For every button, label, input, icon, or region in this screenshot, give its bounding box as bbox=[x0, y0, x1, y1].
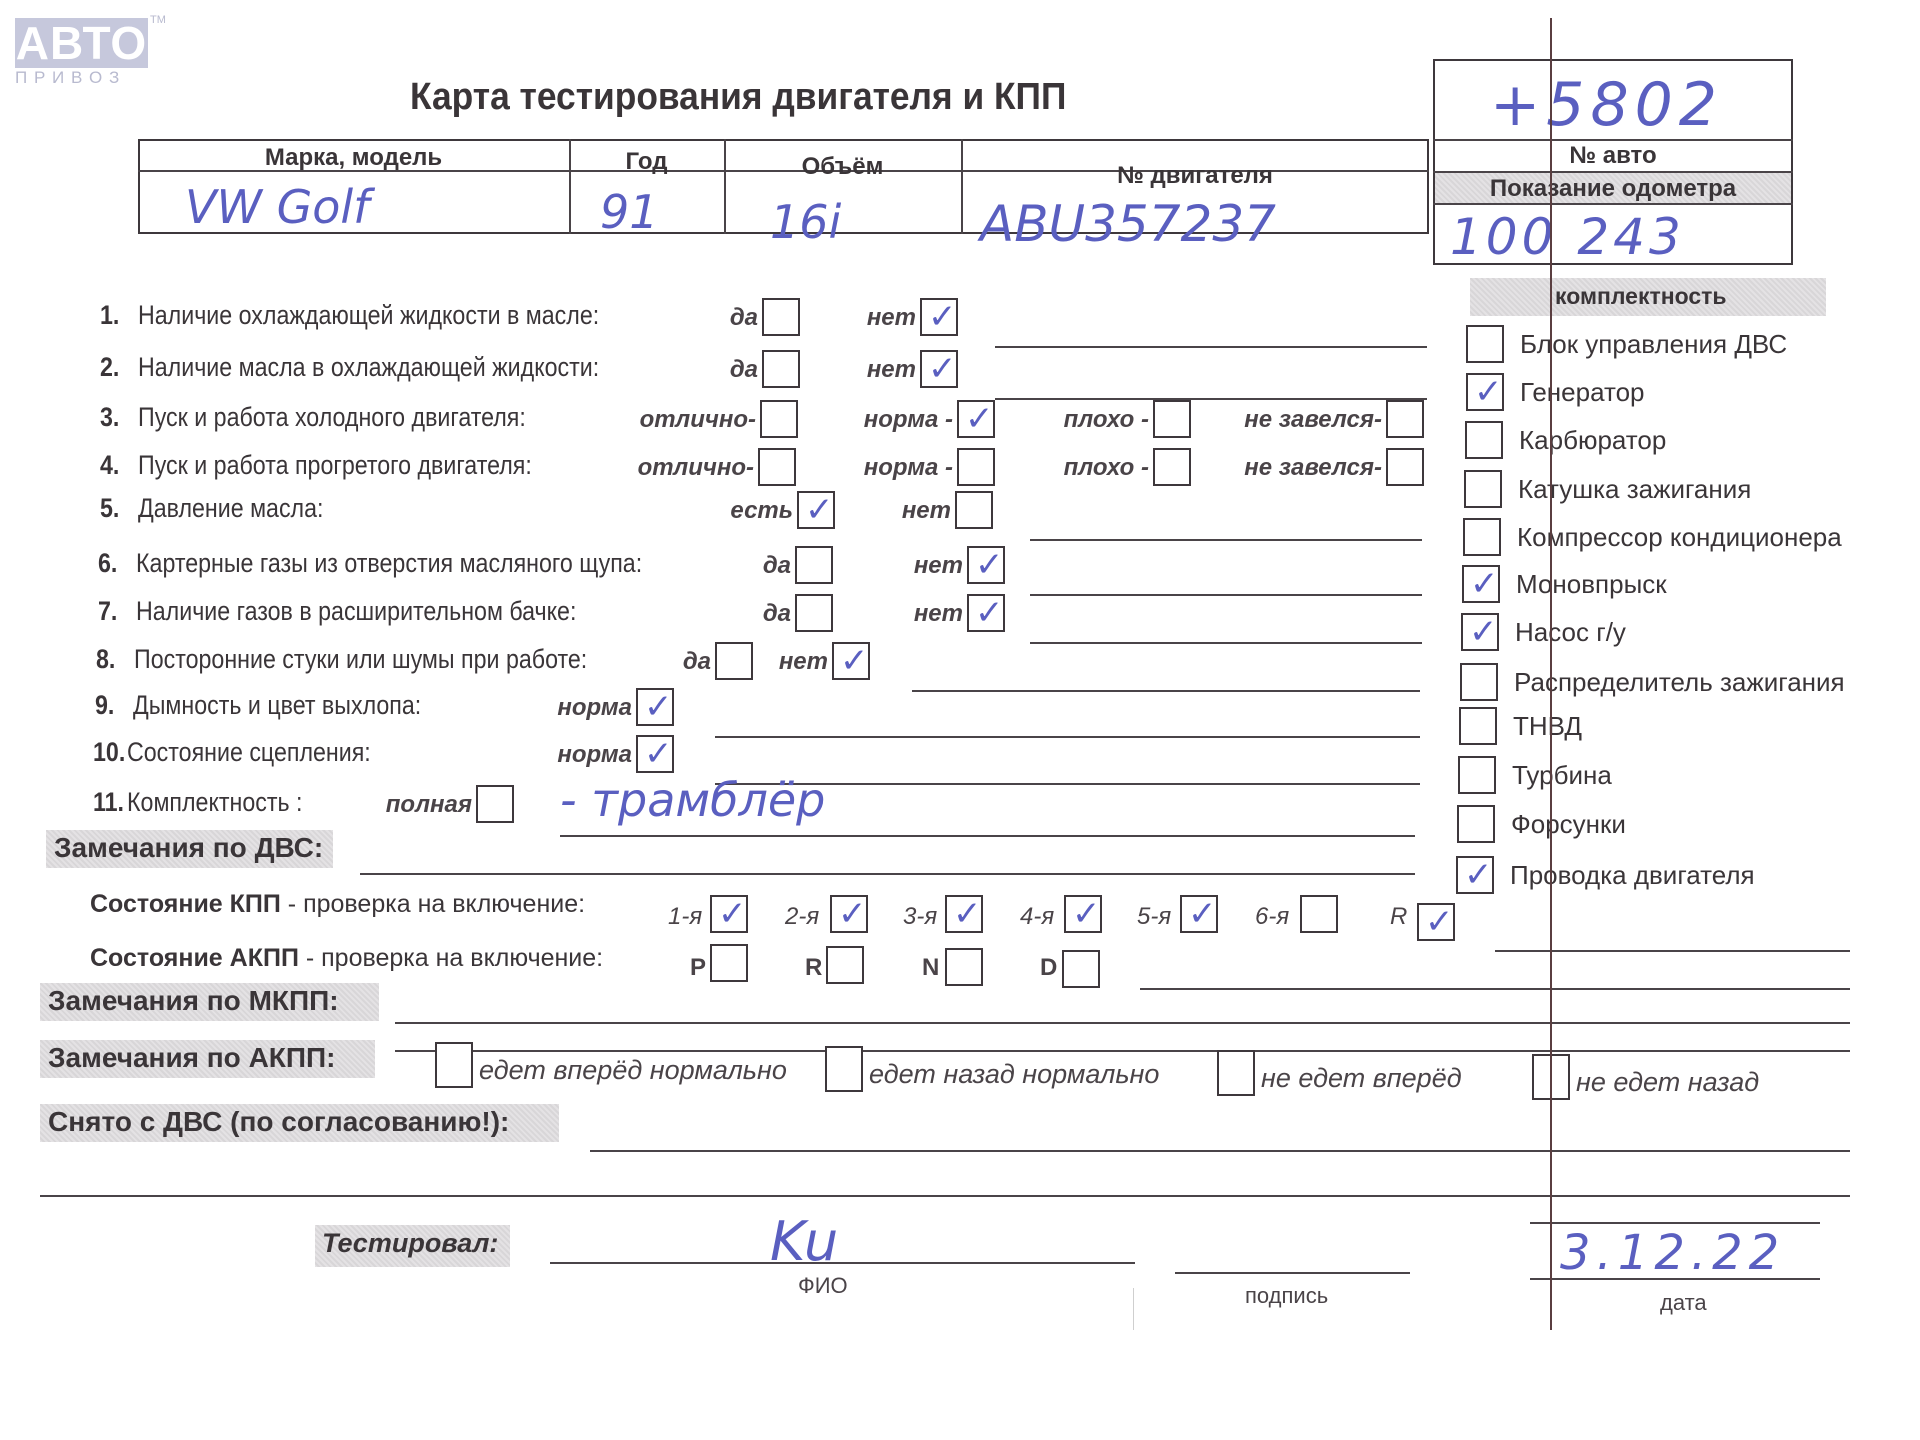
column-header-engine-number: № двигателя bbox=[961, 162, 1429, 190]
option-label: нет bbox=[0, 304, 916, 332]
auto-position-checkbox[interactable] bbox=[1062, 950, 1100, 988]
remarks-engine-label: Замечания по ДВС: bbox=[46, 830, 333, 868]
kit-checkbox[interactable] bbox=[1459, 707, 1497, 745]
odometer-value[interactable]: 100 243 bbox=[1450, 208, 1685, 266]
kit-header: комплектность bbox=[1555, 283, 1727, 310]
gear-checkbox[interactable]: ✓ bbox=[1064, 895, 1102, 933]
gear-checkbox[interactable]: ✓ bbox=[1417, 903, 1455, 941]
check-mark-icon: ✓ bbox=[838, 895, 867, 933]
kit-item-label: Форсунки bbox=[1511, 809, 1626, 840]
manual-gearbox-label-bold: Состояние КПП bbox=[90, 890, 281, 918]
option-checkbox[interactable]: ✓ bbox=[636, 688, 674, 726]
auto-gearbox-label-bold: Состояние АКПП bbox=[90, 944, 299, 972]
date-caption: дата bbox=[1660, 1290, 1707, 1316]
option-label: нет bbox=[0, 497, 951, 525]
car-number-value[interactable]: +5802 bbox=[1490, 70, 1723, 140]
option-checkbox[interactable] bbox=[1386, 400, 1424, 438]
option-checkbox[interactable]: ✓ bbox=[832, 642, 870, 680]
auto-remark-checkbox[interactable] bbox=[825, 1046, 863, 1092]
kit-checkbox[interactable]: ✓ bbox=[1466, 373, 1504, 411]
kit-item-label: Распределитель зажигания bbox=[1514, 667, 1845, 698]
remarks-auto-label: Замечания по АКПП: bbox=[40, 1040, 375, 1078]
option-label: полная bbox=[0, 791, 472, 819]
option-label: норма bbox=[0, 741, 632, 769]
check-mark-icon: ✓ bbox=[1072, 895, 1101, 933]
name-line[interactable] bbox=[550, 1262, 1135, 1264]
signature-line[interactable] bbox=[1175, 1272, 1410, 1274]
option-label: нет bbox=[0, 600, 963, 628]
signature-caption: подпись bbox=[1245, 1283, 1328, 1309]
kit-checkbox[interactable] bbox=[1466, 325, 1504, 363]
kit-note-line bbox=[560, 835, 1415, 837]
kit-checkbox[interactable] bbox=[1465, 421, 1503, 459]
option-label: не завелся- bbox=[0, 406, 1382, 434]
volume-value[interactable]: 16i bbox=[770, 195, 841, 249]
auto-remark-label: едет вперёд нормально bbox=[479, 1055, 787, 1086]
kit-checkbox[interactable]: ✓ bbox=[1461, 613, 1499, 651]
gear-label: 3-я bbox=[903, 903, 937, 931]
fold-line bbox=[1550, 18, 1552, 1330]
gear-checkbox[interactable]: ✓ bbox=[830, 895, 868, 933]
manual-gearbox-label: Состояние КПП - проверка на включение: bbox=[90, 890, 585, 919]
kit-item-label: Проводка двигателя bbox=[1510, 860, 1755, 891]
logo: АВТО bbox=[15, 18, 148, 68]
car-number-label: № авто bbox=[1433, 142, 1793, 170]
option-checkbox[interactable]: ✓ bbox=[636, 735, 674, 773]
option-checkbox[interactable] bbox=[955, 491, 993, 529]
gear-label: 6-я bbox=[1255, 903, 1289, 931]
auto-position-checkbox[interactable] bbox=[826, 946, 864, 984]
column-header-make-model: Марка, модель bbox=[138, 144, 569, 172]
auto-position-checkbox[interactable] bbox=[945, 948, 983, 986]
logo-subtitle: П Р И В О З bbox=[15, 68, 155, 88]
kit-checkbox[interactable]: ✓ bbox=[1456, 856, 1494, 894]
auto-remark-checkbox[interactable] bbox=[435, 1042, 473, 1088]
column-header-year: Год bbox=[569, 148, 724, 176]
kit-item-label: Генератор bbox=[1520, 377, 1645, 408]
check-mark-icon: ✓ bbox=[975, 546, 1004, 584]
manual-gearbox-label-rest: - проверка на включение: bbox=[281, 890, 585, 918]
option-label: нет bbox=[0, 552, 963, 580]
kit-checkbox[interactable] bbox=[1460, 663, 1498, 701]
kit-checkbox[interactable] bbox=[1464, 470, 1502, 508]
kit-item-label: Компрессор кондиционера bbox=[1517, 522, 1842, 553]
kit-item-label: Моновпрыск bbox=[1516, 569, 1667, 600]
kit-checkbox[interactable] bbox=[1463, 518, 1501, 556]
kit-item-label: Блок управления ДВС bbox=[1520, 329, 1787, 360]
option-checkbox[interactable]: ✓ bbox=[920, 298, 958, 336]
kit-checkbox[interactable] bbox=[1458, 756, 1496, 794]
gear-label: 4-я bbox=[1020, 903, 1054, 931]
kit-item-label: Турбина bbox=[1512, 760, 1612, 791]
option-checkbox[interactable]: ✓ bbox=[967, 594, 1005, 632]
auto-gearbox-label: Состояние АКПП - проверка на включение: bbox=[90, 944, 603, 973]
auto-remark-checkbox[interactable] bbox=[1217, 1050, 1255, 1096]
check-mark-icon: ✓ bbox=[953, 895, 982, 933]
tester-signature: Ku bbox=[770, 1210, 838, 1273]
year-value[interactable]: 91 bbox=[600, 185, 659, 239]
name-caption: ФИО bbox=[798, 1273, 848, 1299]
answer-line[interactable] bbox=[995, 398, 1427, 400]
answer-line[interactable] bbox=[715, 736, 1420, 738]
auto-remark-label: не едет вперёд bbox=[1261, 1063, 1462, 1094]
option-checkbox[interactable]: ✓ bbox=[967, 546, 1005, 584]
kit-checkbox[interactable] bbox=[1457, 805, 1495, 843]
check-mark-icon: ✓ bbox=[975, 594, 1004, 632]
option-label: нет bbox=[0, 648, 828, 676]
date-value[interactable]: 3.12.22 bbox=[1560, 1225, 1785, 1281]
kit-item-label: ТНВД bbox=[1513, 711, 1582, 742]
option-checkbox[interactable] bbox=[1386, 448, 1424, 486]
check-mark-icon: ✓ bbox=[718, 895, 747, 933]
kit-item-label: Карбюратор bbox=[1519, 425, 1666, 456]
check-mark-icon: ✓ bbox=[1474, 373, 1503, 411]
column-header-volume: Объём bbox=[724, 153, 961, 181]
auto-gearbox-label-rest: - проверка на включение: bbox=[299, 944, 603, 972]
gear-label: 1-я bbox=[668, 903, 702, 931]
gear-checkbox[interactable]: ✓ bbox=[710, 895, 748, 933]
auto-remark-label: не едет назад bbox=[1576, 1067, 1759, 1098]
answer-line[interactable] bbox=[1030, 642, 1422, 644]
check-mark-icon: ✓ bbox=[928, 350, 957, 388]
option-checkbox[interactable] bbox=[476, 785, 514, 823]
check-mark-icon: ✓ bbox=[644, 688, 673, 726]
make-model-value[interactable]: VW Golf bbox=[185, 180, 369, 234]
option-checkbox[interactable]: ✓ bbox=[920, 350, 958, 388]
answer-line[interactable] bbox=[995, 346, 1427, 348]
option-label: нет bbox=[0, 356, 916, 384]
check-mark-icon: ✓ bbox=[840, 642, 869, 680]
logo-brand: АВТО bbox=[16, 17, 147, 69]
gear-checkbox[interactable] bbox=[1300, 895, 1338, 933]
logo-trademark: TM bbox=[150, 14, 166, 26]
check-mark-icon: ✓ bbox=[1188, 895, 1217, 933]
check-mark-icon: ✓ bbox=[1469, 613, 1498, 651]
auto-position-label: D bbox=[1040, 954, 1057, 982]
kit-checkbox[interactable]: ✓ bbox=[1462, 565, 1500, 603]
kit-item-label: Катушка зажигания bbox=[1518, 474, 1751, 505]
answer-line[interactable] bbox=[912, 690, 1420, 692]
gear-label: 5-я bbox=[1137, 903, 1171, 931]
check-mark-icon: ✓ bbox=[1470, 565, 1499, 603]
auto-position-label: R bbox=[805, 954, 822, 982]
check-mark-icon: ✓ bbox=[1464, 856, 1493, 894]
remarks-manual-line[interactable] bbox=[395, 1022, 1850, 1024]
auto-position-label: N bbox=[922, 954, 939, 982]
kit-item-label: Насос г/у bbox=[1515, 617, 1626, 648]
answer-line[interactable] bbox=[1030, 594, 1422, 596]
auto-remark-label: едет назад нормально bbox=[869, 1059, 1159, 1090]
gear-label: 2-я bbox=[785, 903, 819, 931]
check-mark-icon: ✓ bbox=[928, 298, 957, 336]
option-label: не завелся- bbox=[0, 454, 1382, 482]
gear-checkbox[interactable]: ✓ bbox=[945, 895, 983, 933]
odometer-label: Показание одометра bbox=[1433, 175, 1793, 203]
gear-label: R bbox=[1390, 903, 1407, 931]
engine-number-value[interactable]: ABU357237 bbox=[980, 195, 1276, 253]
check-mark-icon: ✓ bbox=[1425, 903, 1454, 941]
tested-label: Тестировал: bbox=[322, 1228, 498, 1259]
kit-note: - трамблёр bbox=[560, 773, 825, 827]
auto-position-label: P bbox=[690, 954, 706, 982]
removed-label: Снято с ДВС (по согласованию!): bbox=[40, 1104, 559, 1142]
remarks-manual-label: Замечания по МКПП: bbox=[40, 983, 379, 1021]
remarks-engine-line[interactable] bbox=[360, 873, 1415, 875]
check-mark-icon: ✓ bbox=[644, 735, 673, 773]
page-title: Карта тестирования двигателя и КПП bbox=[410, 76, 1066, 119]
removed-line[interactable] bbox=[590, 1150, 1850, 1152]
gear-checkbox[interactable]: ✓ bbox=[1180, 895, 1218, 933]
option-label: норма bbox=[0, 694, 632, 722]
answer-line[interactable] bbox=[1030, 539, 1422, 541]
auto-position-checkbox[interactable] bbox=[710, 944, 748, 982]
